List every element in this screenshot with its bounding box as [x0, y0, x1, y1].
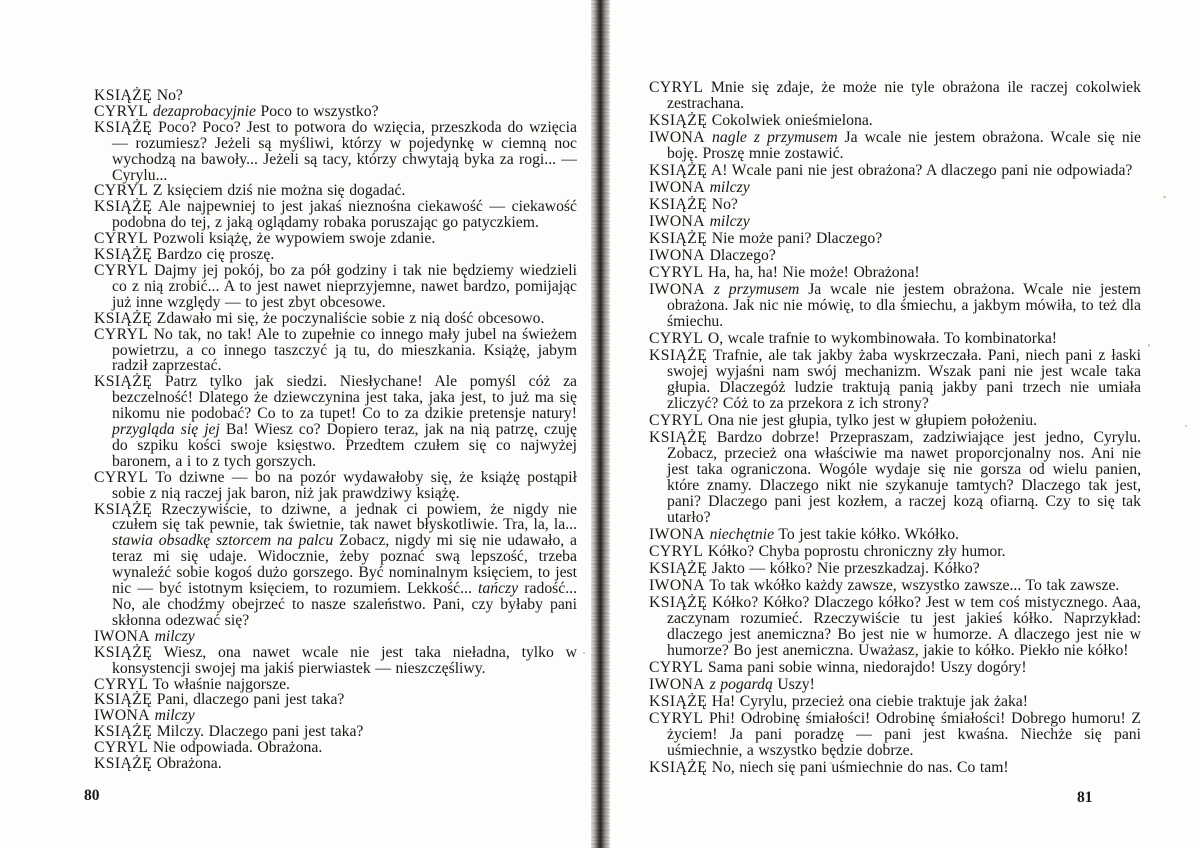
speaker-name: KSIĄŻĘ [94, 691, 152, 708]
speech-line: CYRYL Ona nie jest głupia, tylko jest w … [649, 413, 1141, 429]
speech-line: KSIĄŻĘ Zdawało mi się, że poczynaliście … [94, 311, 577, 327]
speaker-name: KSIĄŻĘ [94, 501, 152, 518]
dialogue-text: Mnie się zdaje, że może nie tyle obrażon… [667, 79, 1141, 112]
speaker-name: IWONA [649, 179, 705, 196]
dialogue-text: Ona nie jest głupia, tylko jest w głupie… [708, 412, 1037, 429]
speaker-name: KSIĄŻĘ [94, 246, 152, 263]
dialogue-text: Jakto — kółko? Nie przeszkadzaj. Kółko? [712, 560, 980, 577]
dialogue-text: Patrz tylko jak siedzi. Niesłychane! Ale… [112, 373, 577, 422]
scan-speck [300, 268, 302, 270]
speaker-name: KSIĄŻĘ [649, 347, 707, 364]
speech-line: KSIĄŻĘ Pani, dlaczego pani jest taka? [94, 692, 577, 708]
speaker-name: IWONA [94, 628, 150, 645]
speaker-name: KSIĄŻĘ [649, 162, 707, 179]
speech-line: IWONA milczy [649, 180, 1141, 196]
speaker-name: CYRYL [94, 262, 148, 279]
speaker-name: CYRYL [649, 264, 703, 281]
speech-line: IWONA z pogardą Uszy! [649, 677, 1141, 693]
speech-line: CYRYL Ha, ha, ha! Nie może! Obrażona! [649, 265, 1141, 281]
book-spine-shadow [591, 0, 610, 848]
dialogue-text: O, wcale trafnie to wykombinowała. To ko… [708, 330, 1057, 347]
speaker-name: IWONA [94, 707, 150, 724]
speech-line: KSIĄŻĘ Bardzo cię proszę. [94, 247, 577, 263]
dialogue-text: Dajmy jej pokój, bo za pół godziny i tak… [112, 262, 577, 311]
speech-line: KSIĄŻĘ No? [94, 88, 577, 104]
speech-line: KSIĄŻĘ Jakto — kółko? Nie przeszkadzaj. … [649, 561, 1141, 577]
dialogue-text: To właśnie najgorsze. [153, 676, 290, 693]
dialogue-text: To tak wkółko każdy zawsze, wszystko zaw… [709, 577, 1119, 594]
dialogue-text: No, niech się pani uśmiechnie do nas. Co… [712, 759, 1009, 776]
speech-line: IWONA niechętnie To jest takie kółko. Wk… [649, 527, 1141, 543]
scan-speck [1148, 344, 1150, 347]
speech-line: CYRYL Z księciem dziś nie można się doga… [94, 183, 577, 199]
scan-speck [583, 652, 585, 654]
stage-direction: tańczy [478, 580, 518, 597]
speech-line: CYRYL O, wcale trafnie to wykombinowała.… [649, 331, 1141, 347]
dialogue-text: Cokolwiek onieśmielona. [712, 112, 873, 129]
right-page-text: CYRYL Mnie się zdaje, że może nie tyle o… [649, 80, 1141, 777]
speech-line: KSIĄŻĘ Bardzo dobrze! Przepraszam, zadzi… [649, 430, 1141, 526]
dialogue-text: Ale najpewniej to jest jakaś nieznośna c… [112, 198, 577, 231]
dialogue-text: Ha, ha, ha! Nie może! Obrażona! [708, 264, 920, 281]
speaker-name: IWONA [649, 213, 705, 230]
dialogue-text: Uszy! [773, 676, 815, 693]
speech-line: IWONA milczy [94, 708, 577, 724]
dialogue-text: Kółko? Chyba poprostu chroniczny zły hum… [708, 543, 1006, 560]
dialogue-text: Rzeczywiście, to dziwne, a jednak ci pow… [112, 501, 577, 534]
stage-direction: stawia obsadkę sztorcem na palcu [112, 532, 333, 549]
speech-line: KSIĄŻĘ Cokolwiek onieśmielona. [649, 113, 1141, 129]
dialogue-text: Dlaczego? [710, 247, 776, 264]
speech-line: CYRYL Mnie się zdaje, że może nie tyle o… [649, 80, 1141, 112]
dialogue-text: Zdawało mi się, że poczynaliście sobie z… [157, 310, 545, 327]
stage-direction: milczy [710, 213, 750, 230]
speaker-name: KSIĄŻĘ [94, 755, 152, 772]
dialogue-text: Bardzo cię proszę. [157, 246, 275, 263]
stage-direction: z przymusem [714, 281, 800, 298]
stage-direction: z pogardą [710, 676, 773, 693]
speech-line: CYRYL Phi! Odrobinę śmiałości! Odrobinę … [649, 711, 1141, 759]
speaker-name: CYRYL [649, 659, 703, 676]
stage-direction: nagle z przymusem [712, 129, 838, 146]
dialogue-text: Bardzo dobrze! Przepraszam, zadziwiające… [667, 429, 1141, 526]
speech-line: CYRYL To dziwne — bo na pozór wydawałoby… [94, 470, 577, 502]
speech-line: CYRYL Sama pani sobie winna, niedorajdo!… [649, 660, 1141, 676]
speaker-name: CYRYL [94, 103, 148, 120]
speech-line: KSIĄŻĘ Ha! Cyrylu, przecież ona ciebie t… [649, 694, 1141, 710]
dialogue-text: Nie odpowiada. Obrażona. [153, 739, 322, 756]
speaker-name: KSIĄŻĘ [649, 693, 707, 710]
speaker-name: CYRYL [94, 182, 148, 199]
speech-line: KSIĄŻĘ No, niech się pani uśmiechnie do … [649, 760, 1141, 776]
speech-line: KSIĄŻĘ No? [649, 197, 1141, 213]
speaker-name: CYRYL [649, 330, 703, 347]
scan-speck [829, 762, 832, 764]
speech-line: KSIĄŻĘ Nie może pani? Dlaczego? [649, 231, 1141, 247]
speaker-name: CYRYL [649, 412, 703, 429]
speaker-name: CYRYL [649, 79, 703, 96]
dialogue-text: Poco to wszystko? [256, 103, 379, 120]
speaker-name: KSIĄŻĘ [649, 759, 707, 776]
dialogue-text: Trafnie, ale tak jakby żaba wyskrzeczała… [667, 347, 1141, 412]
speaker-name: CYRYL [94, 230, 148, 247]
speech-line: KSIĄŻĘ Ale najpewniej to jest jakaś niez… [94, 199, 577, 231]
speaker-name: IWONA [649, 129, 705, 146]
speaker-name: KSIĄŻĘ [94, 87, 152, 104]
speech-line: CYRYL Kółko? Chyba poprostu chroniczny z… [649, 544, 1141, 560]
speaker-name: IWONA [649, 526, 705, 543]
speaker-name: KSIĄŻĘ [94, 310, 152, 327]
speaker-name: KSIĄŻĘ [94, 119, 152, 136]
speech-line: CYRYL dezaprobacyjnie Poco to wszystko? [94, 104, 577, 120]
speaker-name: KSIĄŻĘ [649, 429, 707, 446]
speaker-name: IWONA [649, 676, 705, 693]
speech-line: CYRYL No tak, no tak! Ale to zupełnie co… [94, 327, 577, 375]
speech-line: CYRYL Pozwoli książę, że wypowiem swoje … [94, 231, 577, 247]
dialogue-text: A! Wcale pani nie jest obrażona? A dlacz… [711, 162, 1133, 179]
stage-direction: milczy [155, 707, 195, 724]
dialogue-text: Poco? Poco? Jest to potwora do wzięcia, … [112, 119, 577, 184]
speaker-name: KSIĄŻĘ [94, 373, 152, 390]
dialogue-text: No? [157, 87, 183, 104]
stage-direction: dezaprobacyjnie [153, 103, 256, 120]
speech-line: KSIĄŻĘ Patrz tylko jak siedzi. Niesłycha… [94, 374, 577, 469]
speech-line: IWONA Dlaczego? [649, 248, 1141, 264]
speech-line: KSIĄŻĘ Poco? Poco? Jest to potwora do wz… [94, 120, 577, 184]
speaker-name: IWONA [649, 247, 705, 264]
speech-line: IWONA nagle z przymusem Ja wcale nie jes… [649, 130, 1141, 162]
speaker-name: KSIĄŻĘ [649, 112, 707, 129]
speech-line: CYRYL Nie odpowiada. Obrażona. [94, 740, 577, 756]
speech-line: IWONA milczy [649, 214, 1141, 230]
dialogue-text: Ha! Cyrylu, przecież ona ciebie traktuje… [712, 693, 1028, 710]
speaker-name: CYRYL [94, 326, 148, 343]
dialogue-text: Kółko? Kółko? Dlaczego kółko? Jest w tem… [667, 594, 1141, 659]
speech-line: KSIĄŻĘ Rzeczywiście, to dziwne, a jednak… [94, 502, 577, 629]
dialogue-text: Phi! Odrobinę śmiałości! Odrobinę śmiało… [667, 710, 1141, 759]
book-scan-spread: KSIĄŻĘ No?CYRYL dezaprobacyjnie Poco to … [0, 0, 1200, 848]
speaker-name: KSIĄŻĘ [94, 723, 152, 740]
speech-line: IWONA To tak wkółko każdy zawsze, wszyst… [649, 578, 1141, 594]
speaker-name: IWONA [649, 577, 705, 594]
speech-line: KSIĄŻĘ Trafnie, ale tak jakby żaba wyskr… [649, 348, 1141, 412]
dialogue-text: No? [712, 196, 738, 213]
speech-line: KSIĄŻĘ A! Wcale pani nie jest obrażona? … [649, 163, 1141, 179]
dialogue-text: Obrażona. [157, 755, 222, 772]
speaker-name: IWONA [649, 281, 705, 298]
speaker-name: CYRYL [94, 469, 148, 486]
dialogue-text: Pani, dlaczego pani jest taka? [157, 691, 345, 708]
speaker-name: CYRYL [649, 710, 703, 727]
speech-line: IWONA z przymusem Ja wcale nie jestem ob… [649, 282, 1141, 330]
speech-line: IWONA milczy [94, 629, 577, 645]
page-number-left: 80 [84, 787, 100, 805]
dialogue-text: Nie może pani? Dlaczego? [712, 230, 882, 247]
speaker-name: CYRYL [94, 676, 148, 693]
stage-direction: przygląda się jej [112, 421, 220, 438]
dialogue-text: Pozwoli książę, że wypowiem swoje zdanie… [153, 230, 435, 247]
left-page-text: KSIĄŻĘ No?CYRYL dezaprobacyjnie Poco to … [94, 88, 577, 772]
speech-line: KSIĄŻĘ Milczy. Dlaczego pani jest taka? [94, 724, 577, 740]
speech-line: CYRYL Dajmy jej pokój, bo za pół godziny… [94, 263, 577, 311]
scan-speck [1163, 196, 1166, 198]
scan-speck [1185, 425, 1187, 427]
speech-line: KSIĄŻĘ Kółko? Kółko? Dlaczego kółko? Jes… [649, 595, 1141, 659]
page-number-right: 81 [1077, 789, 1093, 807]
speaker-name: CYRYL [94, 739, 148, 756]
dialogue-text: Sama pani sobie winna, niedorajdo! Uszy … [708, 659, 1027, 676]
speaker-name: CYRYL [649, 543, 703, 560]
speaker-name: KSIĄŻĘ [94, 644, 152, 661]
stage-direction: milczy [710, 179, 750, 196]
stage-direction: milczy [155, 628, 195, 645]
speaker-name: KSIĄŻĘ [649, 560, 707, 577]
dialogue-text: Wiesz, ona nawet wcale nie jest taka nie… [112, 644, 577, 677]
dialogue-text: Milczy. Dlaczego pani jest taka? [157, 723, 364, 740]
speaker-name: KSIĄŻĘ [94, 198, 152, 215]
speaker-name: KSIĄŻĘ [649, 594, 707, 611]
speaker-name: KSIĄŻĘ [649, 196, 707, 213]
dialogue-text: No tak, no tak! Ale to zupełnie co inneg… [112, 326, 577, 375]
speaker-name: KSIĄŻĘ [649, 230, 707, 247]
dialogue-text: Z księciem dziś nie można się dogadać. [153, 182, 406, 199]
stage-direction: niechętnie [710, 526, 774, 543]
dialogue-text: To jest takie kółko. Wkółko. [774, 526, 959, 543]
speech-line: KSIĄŻĘ Wiesz, ona nawet wcale nie jest t… [94, 645, 577, 677]
speech-line: KSIĄŻĘ Obrażona. [94, 756, 577, 772]
dialogue-text: To dziwne — bo na pozór wydawałoby się, … [112, 469, 577, 502]
